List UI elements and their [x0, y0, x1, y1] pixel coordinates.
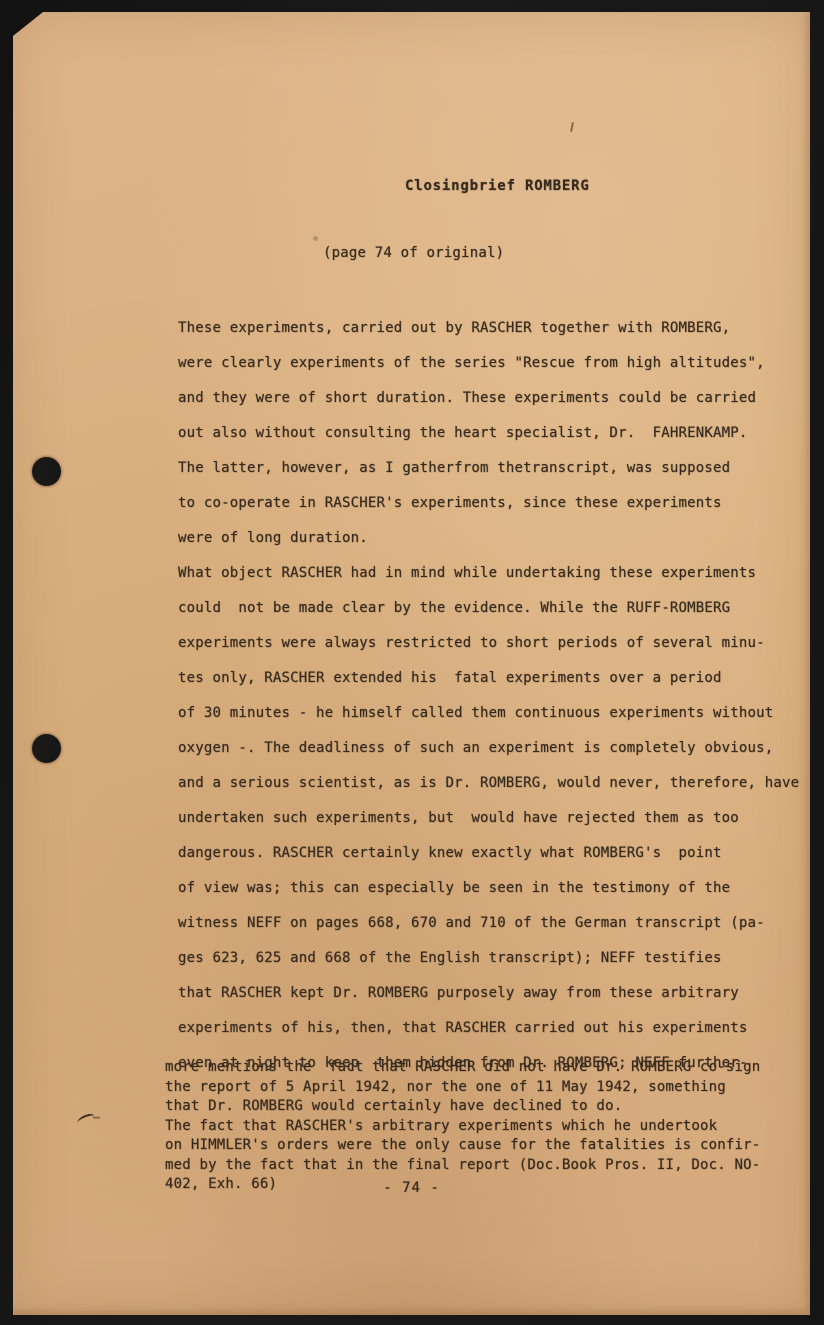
text-line: and they were of short duration. These e… [178, 381, 818, 416]
page-number: - 74 - [13, 1180, 810, 1196]
text-line: were of long duration. [178, 521, 818, 556]
text-line: out also without consulting the heart sp… [178, 416, 818, 451]
footer-text-block: more mentions the fact that RASCHER did … [165, 1058, 824, 1195]
hole-punch-bottom [32, 734, 61, 763]
text-line: on HIMMLER's orders were the only cause … [165, 1136, 824, 1156]
body-text-block: These experiments, carried out by RASCHE… [178, 311, 818, 1081]
text-line: of 30 minutes - he himself called them c… [178, 696, 818, 731]
text-line: that Dr. ROMBERG would certainly have de… [165, 1097, 824, 1117]
text-line: These experiments, carried out by RASCHE… [178, 311, 818, 346]
text-line: and a serious scientist, as is Dr. ROMBE… [178, 766, 818, 801]
text-line: The latter, however, as I gatherfrom the… [178, 451, 818, 486]
paper-speck [313, 236, 318, 241]
text-line: tes only, RASCHER extended his fatal exp… [178, 661, 818, 696]
text-line: experiments of his, then, that RASCHER c… [178, 1011, 818, 1046]
text-line: of view was; this can especially be seen… [178, 871, 818, 906]
document-title: Closingbrief ROMBERG [405, 178, 590, 194]
scanner-background: Closingbrief ROMBERG (page 74 of origina… [0, 0, 824, 1325]
text-line: to co-operate in RASCHER's experiments, … [178, 486, 818, 521]
text-line: more mentions the fact that RASCHER did … [165, 1058, 824, 1078]
hole-punch-top [32, 457, 61, 486]
text-line: What object RASCHER had in mind while un… [178, 556, 818, 591]
text-line: ges 623, 625 and 668 of the English tran… [178, 941, 818, 976]
text-line: med by the fact that in the final report… [165, 1156, 824, 1176]
ink-speck [570, 122, 574, 132]
text-line: experiments were always restricted to sh… [178, 626, 818, 661]
document-subtitle: (page 74 of original) [323, 245, 504, 261]
text-line: undertaken such experiments, but would h… [178, 801, 818, 836]
text-line: were clearly experiments of the series "… [178, 346, 818, 381]
document-page: Closingbrief ROMBERG (page 74 of origina… [13, 12, 810, 1315]
text-line: witness NEFF on pages 668, 670 and 710 o… [178, 906, 818, 941]
text-line: oxygen -. The deadliness of such an expe… [178, 731, 818, 766]
handwritten-mark [76, 1112, 96, 1126]
text-line: The fact that RASCHER's arbitrary experi… [165, 1117, 824, 1137]
text-line: dangerous. RASCHER certainly knew exactl… [178, 836, 818, 871]
text-line: could not be made clear by the evidence.… [178, 591, 818, 626]
text-line: the report of 5 April 1942, nor the one … [165, 1078, 824, 1098]
text-line: that RASCHER kept Dr. ROMBERG purposely … [178, 976, 818, 1011]
